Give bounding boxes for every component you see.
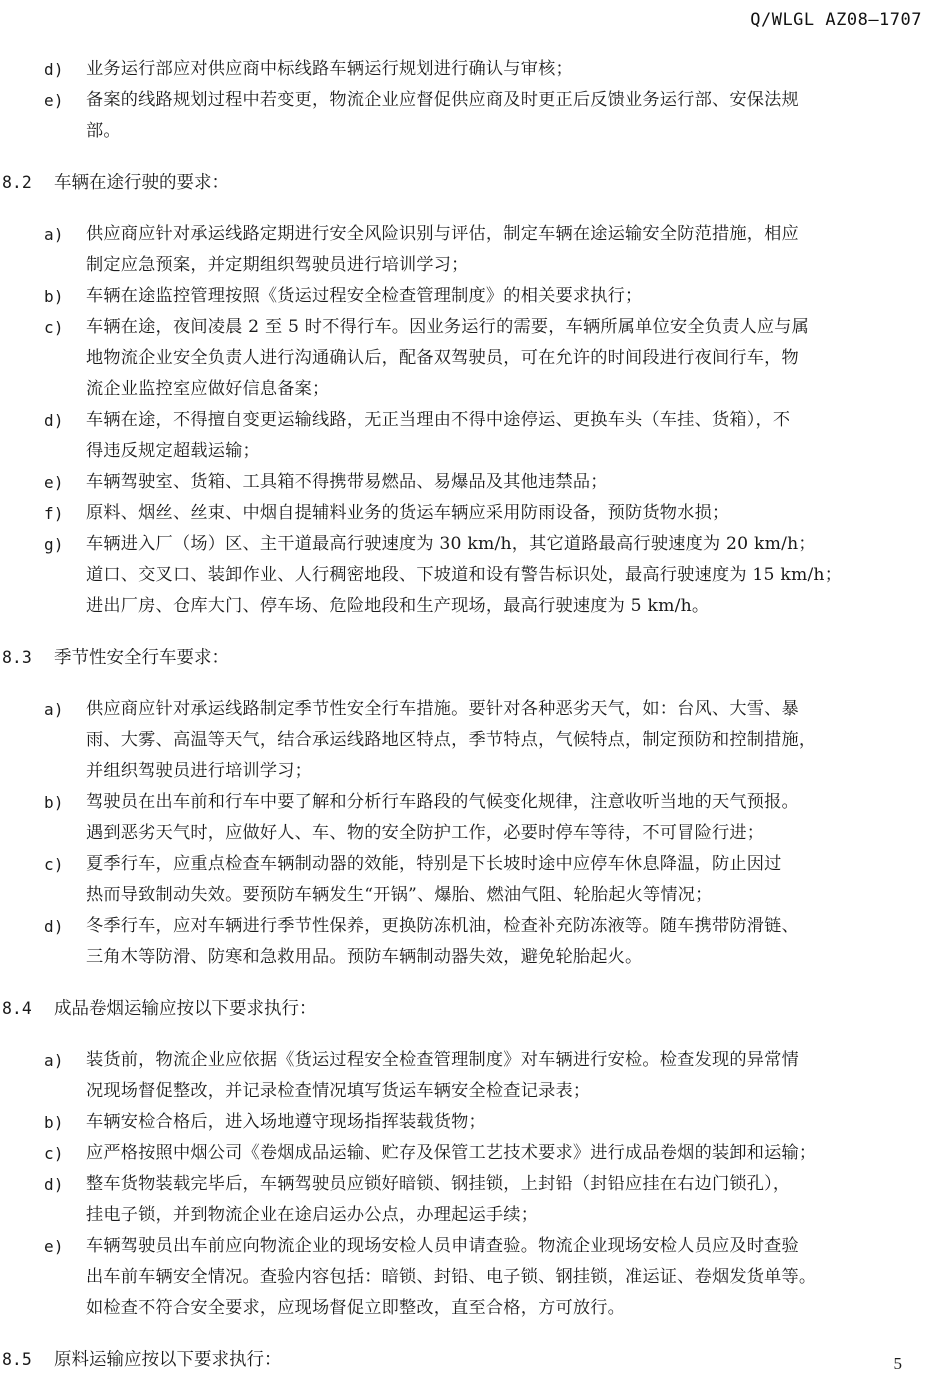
list-item-text-line: 夏季行车，应重点检查车辆制动器的效能，特别是下长坡时途中应停车休息降温，防止因过 xyxy=(86,849,922,880)
list-marker: c) xyxy=(44,849,64,880)
list-item-text-line: 车辆安检合格后，进入场地遵守现场指挥装载货物； xyxy=(86,1107,922,1138)
list-item-text-line: 况现场督促整改，并记录检查情况填写货运车辆安全检查记录表； xyxy=(86,1076,922,1107)
list-item-text-line: 如检查不符合安全要求，应现场督促立即整改，直至合格，方可放行。 xyxy=(86,1293,922,1324)
list-marker: c) xyxy=(44,312,64,343)
list-item: a)供应商应针对承运线路定期进行安全风险识别与评估，制定车辆在途运输安全防范措施… xyxy=(0,219,936,281)
section-heading: 8.4成品卷烟运输应按以下要求执行： xyxy=(0,993,936,1025)
list-item: d)冬季行车，应对车辆进行季节性保养，更换防冻机油，检查补充防冻液等。随车携带防… xyxy=(0,911,936,973)
list-item-text-line: 并组织驾驶员进行培训学习； xyxy=(86,756,922,787)
list-marker: b) xyxy=(44,281,64,312)
list-item-text-line: 供应商应针对承运线路定期进行安全风险识别与评估，制定车辆在途运输安全防范措施，相… xyxy=(86,219,922,250)
section-heading: 8.2车辆在途行驶的要求： xyxy=(0,167,936,199)
list-item-text-line: 出车前车辆安全情况。查验内容包括：暗锁、封铅、电子锁、钢挂锁，准运证、卷烟发货单… xyxy=(86,1262,922,1293)
list-item-text-line: 供应商应针对承运线路制定季节性安全行车措施。要针对各种恶劣天气，如：台风、大雪、… xyxy=(86,694,922,725)
list-item: e)车辆驾驶室、货箱、工具箱不得携带易燃品、易爆品及其他违禁品； xyxy=(0,467,936,498)
list-item: b)驾驶员在出车前和行车中要了解和分析行车路段的气候变化规律，注意收听当地的天气… xyxy=(0,787,936,849)
section-number: 8.3 xyxy=(2,642,54,673)
list-item: c)车辆在途，夜间凌晨 2 至 5 时不得行车。因业务运行的需要，车辆所属单位安… xyxy=(0,312,936,405)
list-item-text-line: 雨、大雾、高温等天气，结合承运线路地区特点，季节特点，气候特点，制定预防和控制措… xyxy=(86,725,922,756)
list-item-text-line: 挂电子锁，并到物流企业在途启运办公点，办理起运手续； xyxy=(86,1200,922,1231)
list-item: d)业务运行部应对供应商中标线路车辆运行规划进行确认与审核； xyxy=(0,54,936,85)
section-heading: 8.3季节性安全行车要求： xyxy=(0,642,936,674)
list-marker: f) xyxy=(44,498,64,529)
list-item: b)车辆安检合格后，进入场地遵守现场指挥装载货物； xyxy=(0,1107,936,1138)
list-item-text-line: 车辆驾驶员出车前应向物流企业的现场安检人员申请查验。物流企业现场安检人员应及时查… xyxy=(86,1231,922,1262)
list-marker: e) xyxy=(44,85,64,116)
list-marker: g) xyxy=(44,529,64,560)
list-item-text-line: 得违反规定超载运输； xyxy=(86,436,922,467)
list-marker: a) xyxy=(44,1045,64,1076)
list-item-text-line: 应严格按照中烟公司《卷烟成品运输、贮存及保管工艺技术要求》进行成品卷烟的装卸和运… xyxy=(86,1138,922,1169)
list-item-text-line: 驾驶员在出车前和行车中要了解和分析行车路段的气候变化规律，注意收听当地的天气预报… xyxy=(86,787,922,818)
list-marker: c) xyxy=(44,1138,64,1169)
page-number: 5 xyxy=(894,1354,903,1374)
list-item-text-line: 道口、交叉口、装卸作业、人行稠密地段、下坡道和设有警告标识处，最高行驶速度为 1… xyxy=(86,560,922,591)
list-item-text-line: 车辆在途，夜间凌晨 2 至 5 时不得行车。因业务运行的需要，车辆所属单位安全负… xyxy=(86,312,922,343)
document-body: d)业务运行部应对供应商中标线路车辆运行规划进行确认与审核；e)备案的线路规划过… xyxy=(0,54,936,1376)
list-item-text-line: 业务运行部应对供应商中标线路车辆运行规划进行确认与审核； xyxy=(86,54,922,85)
list-marker: b) xyxy=(44,1107,64,1138)
list-marker: e) xyxy=(44,1231,64,1262)
section-number: 8.2 xyxy=(2,167,54,198)
list-item-text-line: 原料、烟丝、丝束、中烟自提辅料业务的货运车辆应采用防雨设备，预防货物水损； xyxy=(86,498,922,529)
list-item: b)车辆在途监控管理按照《货运过程安全检查管理制度》的相关要求执行； xyxy=(0,281,936,312)
list-item: e)车辆驾驶员出车前应向物流企业的现场安检人员申请查验。物流企业现场安检人员应及… xyxy=(0,1231,936,1324)
section-title-text: 车辆在途行驶的要求： xyxy=(54,173,229,193)
section-title-text: 成品卷烟运输应按以下要求执行： xyxy=(54,999,317,1019)
list-marker: d) xyxy=(44,911,64,942)
list-item-text-line: 车辆驾驶室、货箱、工具箱不得携带易燃品、易爆品及其他违禁品； xyxy=(86,467,922,498)
list-item: c)夏季行车，应重点检查车辆制动器的效能，特别是下长坡时途中应停车休息降温，防止… xyxy=(0,849,936,911)
section-heading: 8.5原料运输应按以下要求执行： xyxy=(0,1344,936,1376)
list-item: e)备案的线路规划过程中若变更，物流企业应督促供应商及时更正后反馈业务运行部、安… xyxy=(0,85,936,147)
list-marker: d) xyxy=(44,54,64,85)
section-number: 8.5 xyxy=(2,1344,54,1375)
list-marker: a) xyxy=(44,219,64,250)
list-item: c)应严格按照中烟公司《卷烟成品运输、贮存及保管工艺技术要求》进行成品卷烟的装卸… xyxy=(0,1138,936,1169)
list-item: a)装货前，物流企业应依据《货运过程安全检查管理制度》对车辆进行安检。检查发现的… xyxy=(0,1045,936,1107)
list-item-text-line: 备案的线路规划过程中若变更，物流企业应督促供应商及时更正后反馈业务运行部、安保法… xyxy=(86,85,922,116)
document-code-header: Q/WLGL AZ08—1707 xyxy=(750,10,922,30)
list-item-text-line: 整车货物装载完毕后，车辆驾驶员应锁好暗锁、钢挂锁，上封铅（封铅应挂在右边门锁孔）… xyxy=(86,1169,922,1200)
list-marker: d) xyxy=(44,405,64,436)
section-title-text: 原料运输应按以下要求执行： xyxy=(54,1350,282,1370)
list-item-text-line: 热而导致制动失效。要预防车辆发生“开锅”、爆胎、燃油气阻、轮胎起火等情况； xyxy=(86,880,922,911)
list-item-text-line: 流企业监控室应做好信息备案； xyxy=(86,374,922,405)
list-item-text-line: 冬季行车，应对车辆进行季节性保养，更换防冻机油，检查补充防冻液等。随车携带防滑链… xyxy=(86,911,922,942)
list-marker: b) xyxy=(44,787,64,818)
list-item: g)车辆进入厂（场）区、主干道最高行驶速度为 30 km/h，其它道路最高行驶速… xyxy=(0,529,936,622)
list-marker: e) xyxy=(44,467,64,498)
list-item-text-line: 地物流企业安全负责人进行沟通确认后，配备双驾驶员，可在允许的时间段进行夜间行车，… xyxy=(86,343,922,374)
list-item-text-line: 三角木等防滑、防寒和急救用品。预防车辆制动器失效，避免轮胎起火。 xyxy=(86,942,922,973)
list-item-text-line: 车辆在途，不得擅自变更运输线路，无正当理由不得中途停运、更换车头（车挂、货箱），… xyxy=(86,405,922,436)
list-item-text-line: 车辆进入厂（场）区、主干道最高行驶速度为 30 km/h，其它道路最高行驶速度为… xyxy=(86,529,922,560)
list-item: d)整车货物装载完毕后，车辆驾驶员应锁好暗锁、钢挂锁，上封铅（封铅应挂在右边门锁… xyxy=(0,1169,936,1231)
list-item-text-line: 进出厂房、仓库大门、停车场、危险地段和生产现场，最高行驶速度为 5 km/h。 xyxy=(86,591,922,622)
list-marker: d) xyxy=(44,1169,64,1200)
list-item: f)原料、烟丝、丝束、中烟自提辅料业务的货运车辆应采用防雨设备，预防货物水损； xyxy=(0,498,936,529)
list-item: a)供应商应针对承运线路制定季节性安全行车措施。要针对各种恶劣天气，如：台风、大… xyxy=(0,694,936,787)
section-title-text: 季节性安全行车要求： xyxy=(54,648,229,668)
list-item: d)车辆在途，不得擅自变更运输线路，无正当理由不得中途停运、更换车头（车挂、货箱… xyxy=(0,405,936,467)
list-marker: a) xyxy=(44,694,64,725)
list-item-text-line: 车辆在途监控管理按照《货运过程安全检查管理制度》的相关要求执行； xyxy=(86,281,922,312)
section-number: 8.4 xyxy=(2,993,54,1024)
list-item-text-line: 遇到恶劣天气时，应做好人、车、物的安全防护工作，必要时停车等待，不可冒险行进； xyxy=(86,818,922,849)
list-item-text-line: 装货前，物流企业应依据《货运过程安全检查管理制度》对车辆进行安检。检查发现的异常… xyxy=(86,1045,922,1076)
list-item-text-line: 部。 xyxy=(86,116,922,147)
list-item-text-line: 制定应急预案，并定期组织驾驶员进行培训学习； xyxy=(86,250,922,281)
